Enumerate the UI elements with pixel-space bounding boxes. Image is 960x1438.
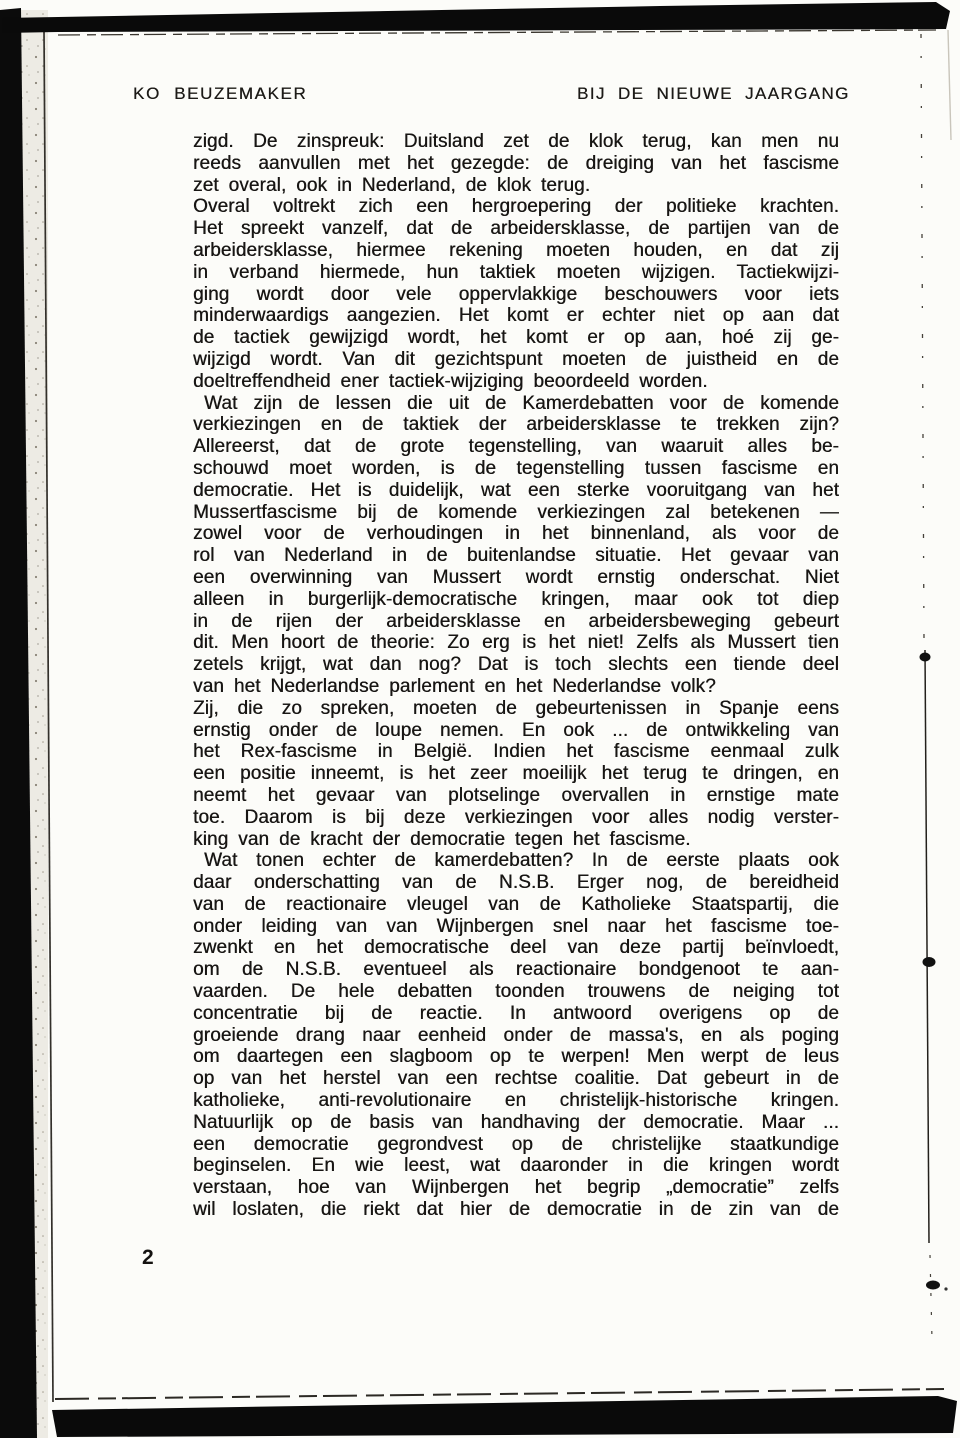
text-line: om daartegen een slagboom op te werpen! … (193, 1046, 839, 1068)
text-line: zet overal, ook in Nederland, de klok te… (193, 175, 839, 197)
text-line: in verband hiermede, hun taktiek moeten … (193, 262, 839, 284)
text-line: onder leiding van van Wijnbergen snel na… (193, 916, 839, 938)
text-line: een positie inneemt, is het zeer moeilij… (193, 763, 839, 785)
text-line: Mussertfascisme bij de komende verkiezin… (193, 502, 839, 524)
text-line: in de rijen der arbeidersklasse en arbei… (193, 611, 839, 633)
text-line: king van de kracht der democratie tegen … (193, 829, 839, 851)
text-line: van het Nederlandse parlement en het Ned… (193, 676, 839, 698)
text-line: alleen in burgerlijk-democratische kring… (193, 589, 839, 611)
text-line: Het spreekt vanzelf, dat de arbeiderskla… (193, 218, 839, 240)
text-line: vaarden. De hele debatten toonden trouwe… (193, 981, 839, 1003)
text-line: van de reactionaire vleugel van de Katho… (193, 894, 839, 916)
scanned-document-page: KO BEUZEMAKER BIJ DE NIEUWE JAARGANG zig… (0, 0, 960, 1438)
text-line: verstaan, hoe van Wijnbergen het begrip … (193, 1177, 839, 1199)
text-line: wijzigd wordt. Van dit gezichtspunt moet… (193, 349, 839, 371)
page-content: KO BEUZEMAKER BIJ DE NIEUWE JAARGANG zig… (0, 0, 960, 1438)
text-line: minderwaardigs aangezien. Het komt er ec… (193, 305, 839, 327)
text-line: reeds aanvullen met het gezegde: de drei… (193, 153, 839, 175)
text-line: Overal voltrekt zich een hergroepering d… (193, 196, 839, 218)
text-line: arbeidersklasse, hiermee rekening moeten… (193, 240, 839, 262)
body-text: zigd. De zinspreuk: Duitsland zet de klo… (193, 131, 839, 1221)
text-line: zigd. De zinspreuk: Duitsland zet de klo… (193, 131, 839, 153)
text-line: toe. Daarom is bij deze verkiezingen voo… (193, 807, 839, 829)
text-line: Wat zijn de lessen die uit de Kamerdebat… (193, 393, 839, 415)
text-line: Allereerst, dat de grote tegenstelling, … (193, 436, 839, 458)
text-line: verkiezingen en de taktiek der arbeiders… (193, 414, 839, 436)
header-title: BIJ DE NIEUWE JAARGANG (577, 84, 850, 104)
text-line: Natuurlijk op de basis van handhaving de… (193, 1112, 839, 1134)
text-line: ernstig onder de loupe nemen. En ook ...… (193, 720, 839, 742)
text-line: het Rex-fascisme in België. Indien het f… (193, 741, 839, 763)
text-line: concentratie bij de reactie. In antwoord… (193, 1003, 839, 1025)
text-line: een overwinning van Mussert wordt ernsti… (193, 567, 839, 589)
text-line: zetels krijgt, wat dan nog? Dat is toch … (193, 654, 839, 676)
text-line: groeiende drang naar eenheid onder de ma… (193, 1025, 839, 1047)
text-line: de tactiek gewijzigd wordt, het komt er … (193, 327, 839, 349)
text-line: democratie. Het is duidelijk, wat een st… (193, 480, 839, 502)
text-line: dit. Men hoort de theorie: Zo erg is het… (193, 632, 839, 654)
text-line: om de N.S.B. eventueel als reactionaire … (193, 959, 839, 981)
text-line: daar onderschatting van de N.S.B. Erger … (193, 872, 839, 894)
header-author: KO BEUZEMAKER (133, 84, 307, 104)
text-line: neemt het gevaar van plotselinge overval… (193, 785, 839, 807)
text-line: rol van Nederland in de buitenlandse sit… (193, 545, 839, 567)
text-line: schouwd moet worden, is de tegenstelling… (193, 458, 839, 480)
text-line: op van het herstel van een rechtse coali… (193, 1068, 839, 1090)
text-line: ging wordt door vele oppervlakkige besch… (193, 284, 839, 306)
text-line: een democratie gegrondvest op de christe… (193, 1134, 839, 1156)
text-line: zowel voor de verhoudingen in het binnen… (193, 523, 839, 545)
text-line: wil loslaten, die riekt dat hier de demo… (193, 1199, 839, 1221)
text-line: beginselen. En wie leest, wat daaronder … (193, 1155, 839, 1177)
text-line: doeltreffendheid ener tactiek-wijziging … (193, 371, 839, 393)
text-line: zwenkt en het democratische deel van dez… (193, 937, 839, 959)
text-line: katholieke, anti-revolutionaire en chris… (193, 1090, 839, 1112)
text-line: Zij, die zo spreken, moeten de gebeurten… (193, 698, 839, 720)
text-line: Wat tonen echter de kamerdebatten? In de… (193, 850, 839, 872)
page-number: 2 (142, 1246, 154, 1270)
